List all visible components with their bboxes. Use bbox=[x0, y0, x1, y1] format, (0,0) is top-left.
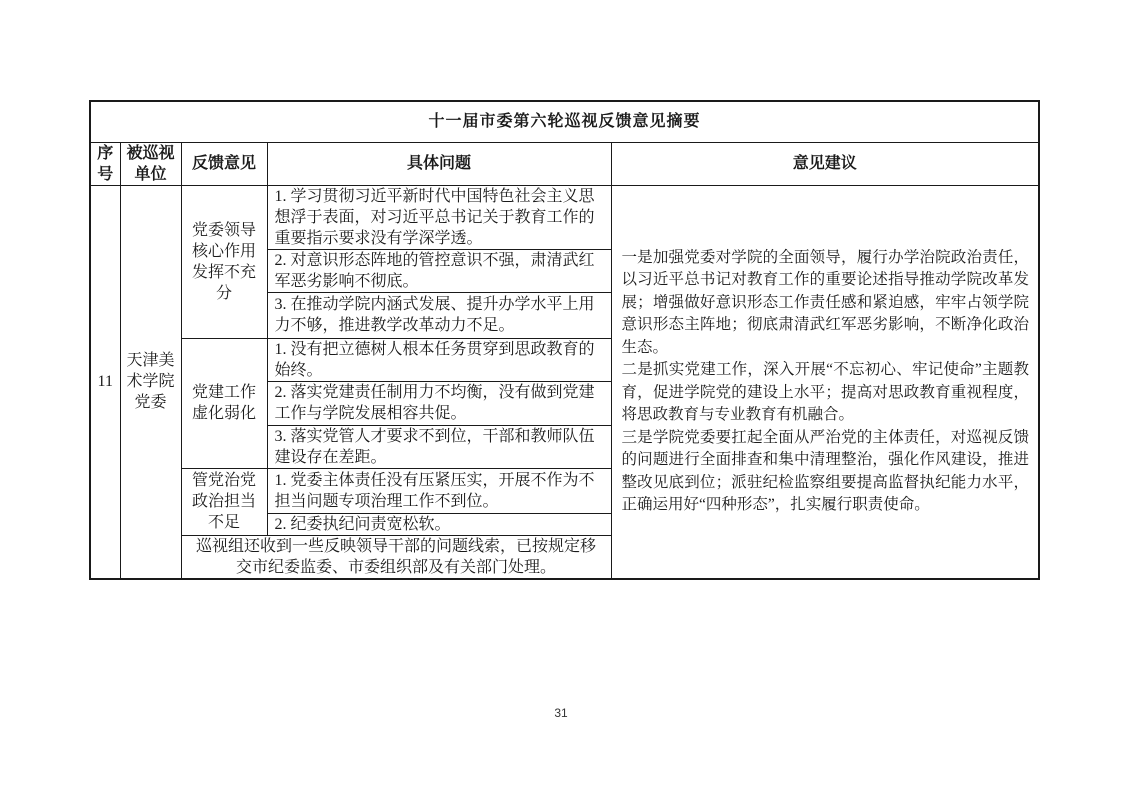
problem-1-3: 3. 在推动学院内涵式发展、提升办学水平上用力不够，推进教学改革动力不足。 bbox=[267, 292, 611, 338]
header-feedback: 反馈意见 bbox=[181, 142, 267, 185]
header-unit: 被巡视 单位 bbox=[120, 142, 181, 185]
header-problems: 具体问题 bbox=[267, 142, 611, 185]
unit-cell: 天津美 术学院 党委 bbox=[120, 185, 181, 579]
page-number: 31 bbox=[0, 706, 1122, 720]
problem-1-1: 1. 学习贯彻习近平新时代中国特色社会主义思想浮于表面，对习近平总书记关于教育工… bbox=[267, 185, 611, 249]
problem-3-2: 2. 纪委执纪问责宽松软。 bbox=[267, 513, 611, 535]
suggestion-paragraph-1: 一是加强党委对学院的全面领导，履行办学治院政治责任，以习近平总书记对教育工作的重… bbox=[622, 247, 1030, 360]
feedback-category-2: 党建工作 虚化弱化 bbox=[181, 338, 267, 468]
suggestion-paragraph-3: 三是学院党委要扛起全面从严治党的主体责任，对巡视反馈的问题进行全面排查和集中清理… bbox=[622, 427, 1030, 517]
problem-2-2: 2. 落实党建责任制用力不均衡，没有做到党建工作与学院发展相容共促。 bbox=[267, 381, 611, 425]
clue-note-cell: 巡视组还收到一些反映领导干部的问题线索，已按规定移交市纪委监委、市委组织部及有关… bbox=[181, 535, 611, 579]
problem-3-1: 1. 党委主体责任没有压紧压实，开展不作为不担当问题专项治理工作不到位。 bbox=[267, 468, 611, 513]
table-row: 11 天津美 术学院 党委 党委领导 核心作用 发挥不充 分 1. 学习贯彻习近… bbox=[90, 185, 1039, 249]
feedback-category-3: 管党治党 政治担当 不足 bbox=[181, 468, 267, 535]
document-page: 十一届市委第六轮巡视反馈意见摘要 序 号 被巡视 单位 反馈意见 具体问题 意见… bbox=[0, 0, 1122, 793]
seq-cell: 11 bbox=[90, 185, 120, 579]
problem-2-1: 1. 没有把立德树人根本任务贯穿到思政教育的始终。 bbox=[267, 338, 611, 381]
table-title: 十一届市委第六轮巡视反馈意见摘要 bbox=[90, 101, 1039, 142]
suggestions-cell: 一是加强党委对学院的全面领导，履行办学治院政治责任，以习近平总书记对教育工作的重… bbox=[611, 185, 1039, 579]
problem-2-3: 3. 落实党管人才要求不到位，干部和教师队伍建设存在差距。 bbox=[267, 425, 611, 468]
feedback-category-1: 党委领导 核心作用 发挥不充 分 bbox=[181, 185, 267, 338]
header-seq: 序 号 bbox=[90, 142, 120, 185]
inspection-feedback-table: 十一届市委第六轮巡视反馈意见摘要 序 号 被巡视 单位 反馈意见 具体问题 意见… bbox=[89, 100, 1040, 580]
problem-1-2: 2. 对意识形态阵地的管控意识不强，肃清武红军恶劣影响不彻底。 bbox=[267, 249, 611, 292]
header-suggestions: 意见建议 bbox=[611, 142, 1039, 185]
suggestion-paragraph-2: 二是抓实党建工作，深入开展“不忘初心、牢记使命”主题教育，促进学院党的建设上水平… bbox=[622, 359, 1030, 427]
